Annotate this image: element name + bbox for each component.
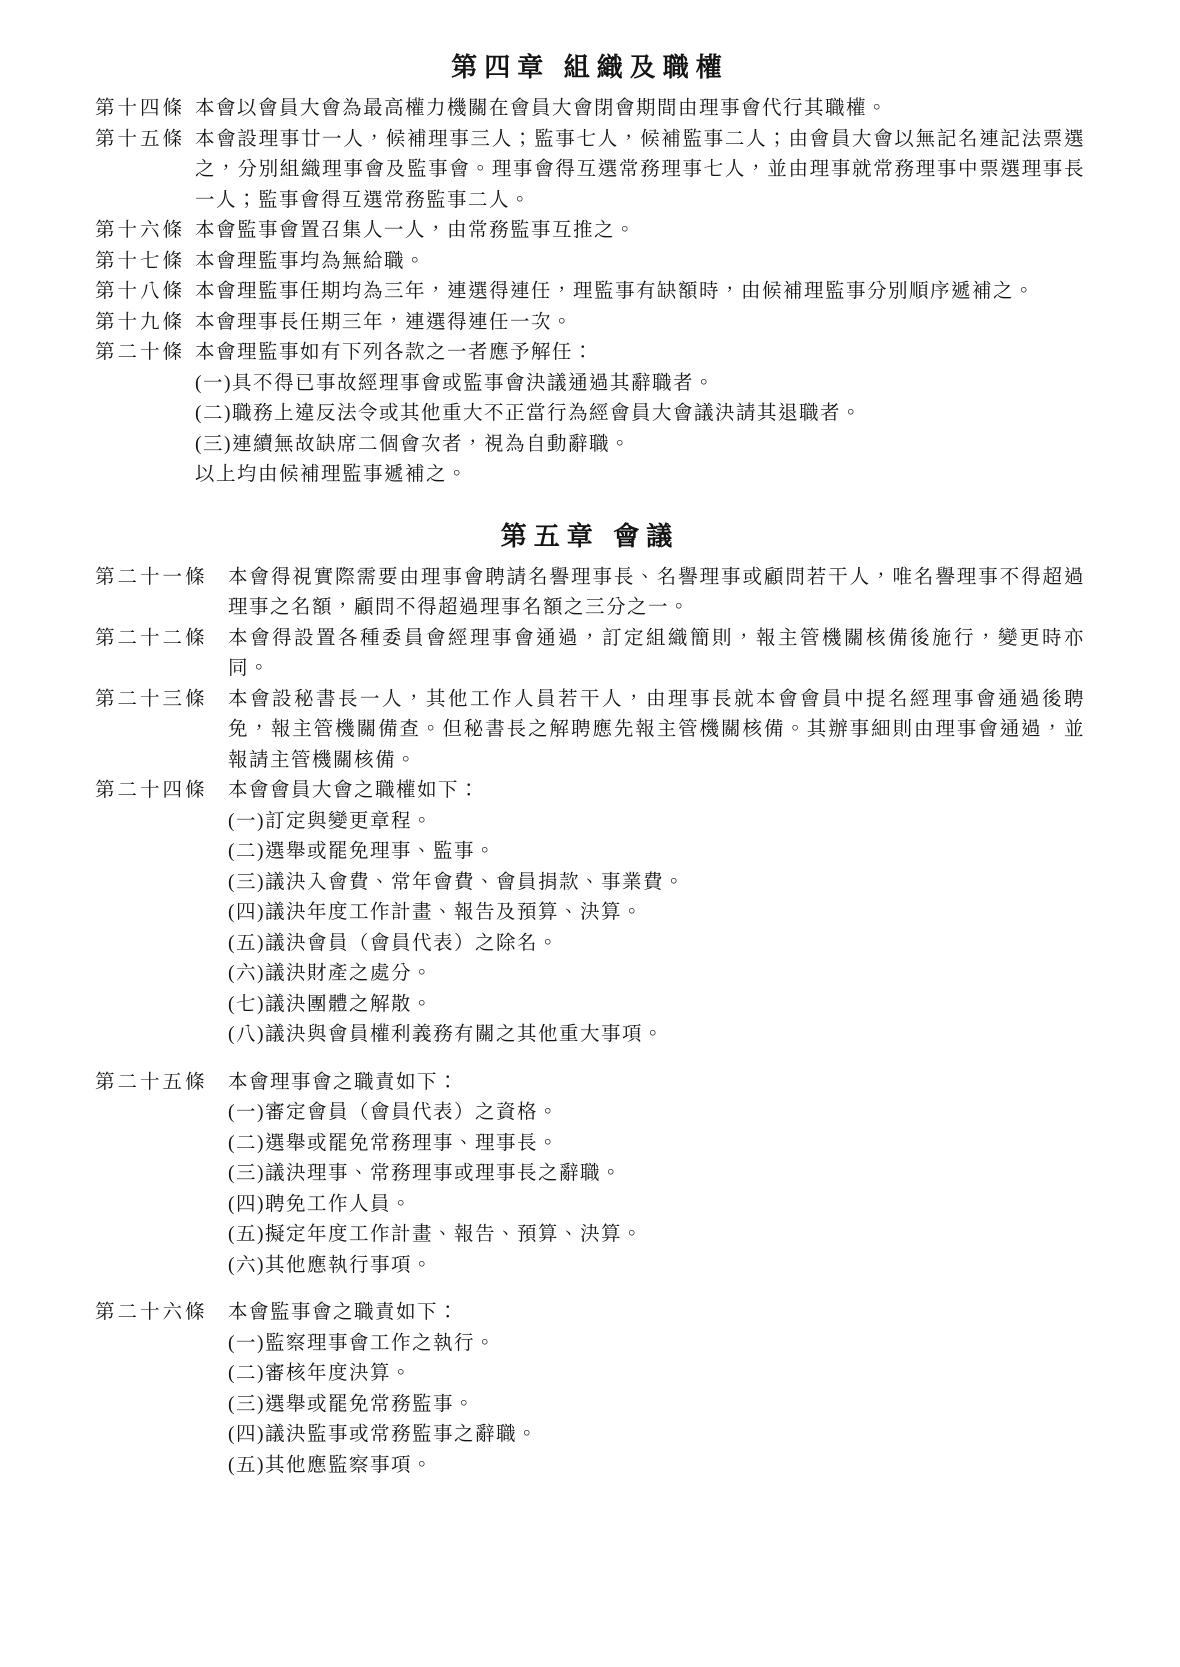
article-item: (二)選舉或罷免常務理事、理事長。 bbox=[228, 1129, 1085, 1160]
article-text: 本會理監事如有下列各款之一者應予解任： bbox=[195, 338, 1085, 369]
article-item: (四)議決監事或常務監事之辭職。 bbox=[228, 1420, 1085, 1451]
article-text: 本會得設置各種委員會經理事會通過，訂定組織簡則，報主管機關核備後施行，變更時亦同… bbox=[228, 624, 1085, 685]
article-text: 本會理事長任期三年，連選得連任一次。 bbox=[195, 308, 1085, 339]
article-text: 本會監事會之職責如下： bbox=[228, 1298, 1085, 1329]
article-21-number: 第二十一條 bbox=[95, 563, 228, 594]
article-18-body: 本會理監事任期均為三年，連選得連任，理監事有缺額時，由候補理監事分別順序遞補之。 bbox=[195, 277, 1085, 308]
chapter-5-title: 第五章 會議 bbox=[95, 519, 1085, 555]
article-24-number: 第二十四條 bbox=[95, 776, 228, 807]
article-17: 第十七條 本會理監事均為無給職。 bbox=[95, 247, 1085, 278]
article-15-body: 本會設理事廿一人，候補理事三人；監事七人，候補監事二人；由會員大會以無記名連記法… bbox=[195, 125, 1085, 217]
article-text: 本會以會員大會為最高權力機關在會員大會閉會期間由理事會代行其職權。 bbox=[195, 94, 1085, 125]
article-item: (六)其他應執行事項。 bbox=[228, 1251, 1085, 1282]
article-25-number: 第二十五條 bbox=[95, 1068, 228, 1099]
article-item: (二)審核年度決算。 bbox=[228, 1359, 1085, 1390]
article-20-body: 本會理監事如有下列各款之一者應予解任： (一)具不得已事故經理事會或監事會決議通… bbox=[195, 338, 1085, 491]
article-14-body: 本會以會員大會為最高權力機關在會員大會閉會期間由理事會代行其職權。 bbox=[195, 94, 1085, 125]
article-16-number: 第十六條 bbox=[95, 216, 195, 247]
article-25: 第二十五條 本會理事會之職責如下： (一)審定會員（會員代表）之資格。 (二)選… bbox=[95, 1068, 1085, 1282]
article-item: 以上均由候補理監事遞補之。 bbox=[195, 460, 1085, 491]
article-text: 本會理監事均為無給職。 bbox=[195, 247, 1085, 278]
article-text: 本會會員大會之職權如下： bbox=[228, 776, 1085, 807]
article-22-body: 本會得設置各種委員會經理事會通過，訂定組織簡則，報主管機關核備後施行，變更時亦同… bbox=[228, 624, 1085, 685]
article-text: 本會理監事任期均為三年，連選得連任，理監事有缺額時，由候補理監事分別順序遞補之。 bbox=[195, 277, 1085, 308]
article-item: (五)其他應監察事項。 bbox=[228, 1451, 1085, 1482]
article-item: (二)選舉或罷免理事、監事。 bbox=[228, 837, 1085, 868]
article-21: 第二十一條 本會得視實際需要由理事會聘請名譽理事長、名譽理事或顧問若干人，唯名譽… bbox=[95, 563, 1085, 624]
chapter-4: 第四章 組織及職權 第十四條 本會以會員大會為最高權力機關在會員大會閉會期間由理… bbox=[95, 50, 1085, 491]
article-22-number: 第二十二條 bbox=[95, 624, 228, 655]
article-text: 本會設理事廿一人，候補理事三人；監事七人，候補監事二人；由會員大會以無記名連記法… bbox=[195, 125, 1085, 217]
article-item: (五)議決會員（會員代表）之除名。 bbox=[228, 929, 1085, 960]
article-text: 本會監事會置召集人一人，由常務監事互推之。 bbox=[195, 216, 1085, 247]
article-item: (二)職務上違反法令或其他重大不正當行為經會員大會議決請其退職者。 bbox=[195, 399, 1085, 430]
article-item: (四)議決年度工作計畫、報告及預算、決算。 bbox=[228, 898, 1085, 929]
article-16: 第十六條 本會監事會置召集人一人，由常務監事互推之。 bbox=[95, 216, 1085, 247]
article-23-number: 第二十三條 bbox=[95, 685, 228, 716]
article-item: (六)議決財產之處分。 bbox=[228, 959, 1085, 990]
article-16-body: 本會監事會置召集人一人，由常務監事互推之。 bbox=[195, 216, 1085, 247]
article-26-body: 本會監事會之職責如下： (一)監察理事會工作之執行。 (二)審核年度決算。 (三… bbox=[228, 1298, 1085, 1481]
article-text: 本會得視實際需要由理事會聘請名譽理事長、名譽理事或顧問若干人，唯名譽理事不得超過… bbox=[228, 563, 1085, 624]
article-24-body: 本會會員大會之職權如下： (一)訂定與變更章程。 (二)選舉或罷免理事、監事。 … bbox=[228, 776, 1085, 1051]
article-18-number: 第十八條 bbox=[95, 277, 195, 308]
article-item: (一)監察理事會工作之執行。 bbox=[228, 1329, 1085, 1360]
article-14: 第十四條 本會以會員大會為最高權力機關在會員大會閉會期間由理事會代行其職權。 bbox=[95, 94, 1085, 125]
article-19-number: 第十九條 bbox=[95, 308, 195, 339]
article-22: 第二十二條 本會得設置各種委員會經理事會通過，訂定組織簡則，報主管機關核備後施行… bbox=[95, 624, 1085, 685]
article-18: 第十八條 本會理監事任期均為三年，連選得連任，理監事有缺額時，由候補理監事分別順… bbox=[95, 277, 1085, 308]
article-item: (一)具不得已事故經理事會或監事會決議通過其辭職者。 bbox=[195, 369, 1085, 400]
article-text: 本會理事會之職責如下： bbox=[228, 1068, 1085, 1099]
article-item: (三)選舉或罷免常務監事。 bbox=[228, 1390, 1085, 1421]
article-26-number: 第二十六條 bbox=[95, 1298, 228, 1329]
article-25-body: 本會理事會之職責如下： (一)審定會員（會員代表）之資格。 (二)選舉或罷免常務… bbox=[228, 1068, 1085, 1282]
article-23: 第二十三條 本會設秘書長一人，其他工作人員若干人，由理事長就本會會員中提名經理事… bbox=[95, 685, 1085, 777]
article-item: (五)擬定年度工作計畫、報告、預算、決算。 bbox=[228, 1220, 1085, 1251]
article-item: (四)聘免工作人員。 bbox=[228, 1190, 1085, 1221]
article-item: (三)議決理事、常務理事或理事長之辭職。 bbox=[228, 1159, 1085, 1190]
article-item: (八)議決與會員權利義務有關之其他重大事項。 bbox=[228, 1020, 1085, 1051]
article-item: (三)議決入會費、常年會費、會員捐款、事業費。 bbox=[228, 868, 1085, 899]
article-20: 第二十條 本會理監事如有下列各款之一者應予解任： (一)具不得已事故經理事會或監… bbox=[95, 338, 1085, 491]
article-21-body: 本會得視實際需要由理事會聘請名譽理事長、名譽理事或顧問若干人，唯名譽理事不得超過… bbox=[228, 563, 1085, 624]
article-19: 第十九條 本會理事長任期三年，連選得連任一次。 bbox=[95, 308, 1085, 339]
article-23-body: 本會設秘書長一人，其他工作人員若干人，由理事長就本會會員中提名經理事會通過後聘免… bbox=[228, 685, 1085, 777]
article-item: (七)議決團體之解散。 bbox=[228, 990, 1085, 1021]
article-19-body: 本會理事長任期三年，連選得連任一次。 bbox=[195, 308, 1085, 339]
article-15-number: 第十五條 bbox=[95, 125, 195, 156]
article-14-number: 第十四條 bbox=[95, 94, 195, 125]
article-item: (三)連續無故缺席二個會次者，視為自動辭職。 bbox=[195, 430, 1085, 461]
article-17-number: 第十七條 bbox=[95, 247, 195, 278]
chapter-5: 第五章 會議 第二十一條 本會得視實際需要由理事會聘請名譽理事長、名譽理事或顧問… bbox=[95, 519, 1085, 1482]
chapter-4-title: 第四章 組織及職權 bbox=[95, 50, 1085, 86]
article-15: 第十五條 本會設理事廿一人，候補理事三人；監事七人，候補監事二人；由會員大會以無… bbox=[95, 125, 1085, 217]
article-text: 本會設秘書長一人，其他工作人員若干人，由理事長就本會會員中提名經理事會通過後聘免… bbox=[228, 685, 1085, 777]
article-item: (一)訂定與變更章程。 bbox=[228, 807, 1085, 838]
article-24: 第二十四條 本會會員大會之職權如下： (一)訂定與變更章程。 (二)選舉或罷免理… bbox=[95, 776, 1085, 1051]
article-item: (一)審定會員（會員代表）之資格。 bbox=[228, 1098, 1085, 1129]
article-17-body: 本會理監事均為無給職。 bbox=[195, 247, 1085, 278]
document-page: 第四章 組織及職權 第十四條 本會以會員大會為最高權力機關在會員大會閉會期間由理… bbox=[0, 0, 1180, 1667]
article-20-number: 第二十條 bbox=[95, 338, 195, 369]
article-26: 第二十六條 本會監事會之職責如下： (一)監察理事會工作之執行。 (二)審核年度… bbox=[95, 1298, 1085, 1481]
